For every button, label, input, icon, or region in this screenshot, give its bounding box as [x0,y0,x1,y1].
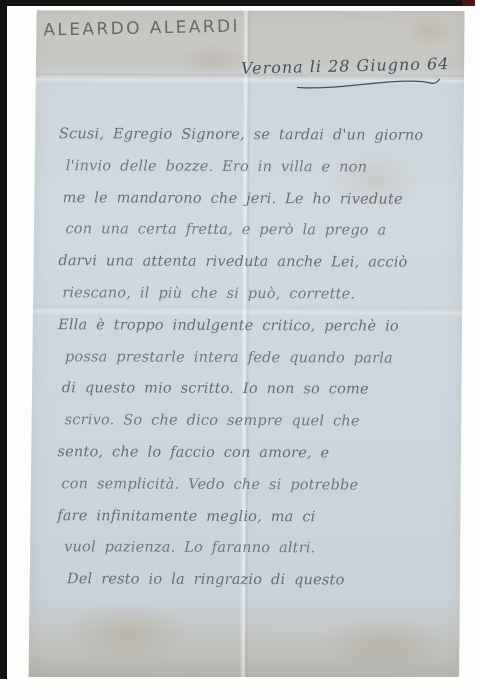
letter-line: riescano, il più che si può, corrette. [62,278,454,312]
letter-line: di questo mio scritto. Io non so come [62,374,454,408]
collector-inscription: ALEARDO ALEARDI [43,17,240,41]
letter-line: me le mandarono che jeri. Le ho rivedute [63,183,455,217]
letter-line: vuol pazienza. Lo faranno altri. [64,533,453,566]
letter-line: scrivo. So che dico sempre quel che [65,405,454,438]
flourish-underline-icon [295,74,445,92]
paper-stain [319,616,449,673]
letter-line: Del resto io la ringrazio di questo [67,564,453,597]
scan-border-left [0,0,7,679]
letter-line: possa prestarle intera fede quando parla [65,342,454,375]
letter-line: Ella è troppo indulgente critico, perchè… [58,310,454,344]
paper-stain [403,17,457,47]
letter-line: con semplicità. Vedo che si potrebbe [61,469,453,503]
paper-stain [177,44,247,76]
letter-paper: ALEARDO ALEARDI Verona li 28 Giugno 64 S… [29,9,466,679]
dateline: Verona li 28 Giugno 64 [240,54,449,93]
paper-stain [63,601,193,666]
scan-border-top [0,0,466,6]
letter-line: l'invio delle bozze. Ero in villa e non [66,151,455,184]
letter-line: fare infinitamente meglio, ma ci [57,501,453,535]
scanned-letter-photo: ALEARDO ALEARDI Verona li 28 Giugno 64 S… [0,0,480,700]
letter-line: con una certa fretta, e però la prego a [65,215,454,248]
letter-line: darvi una attenta riveduta anche Lei, ac… [58,246,454,280]
letter-body: Scusi, Egregio Signore, se tardai d'un g… [57,119,455,598]
letter-line: sento, che lo faccio con amore, e [57,437,453,471]
letter-line: Scusi, Egregio Signore, se tardai d'un g… [59,119,455,153]
scan-border-red-mark [462,0,475,6]
